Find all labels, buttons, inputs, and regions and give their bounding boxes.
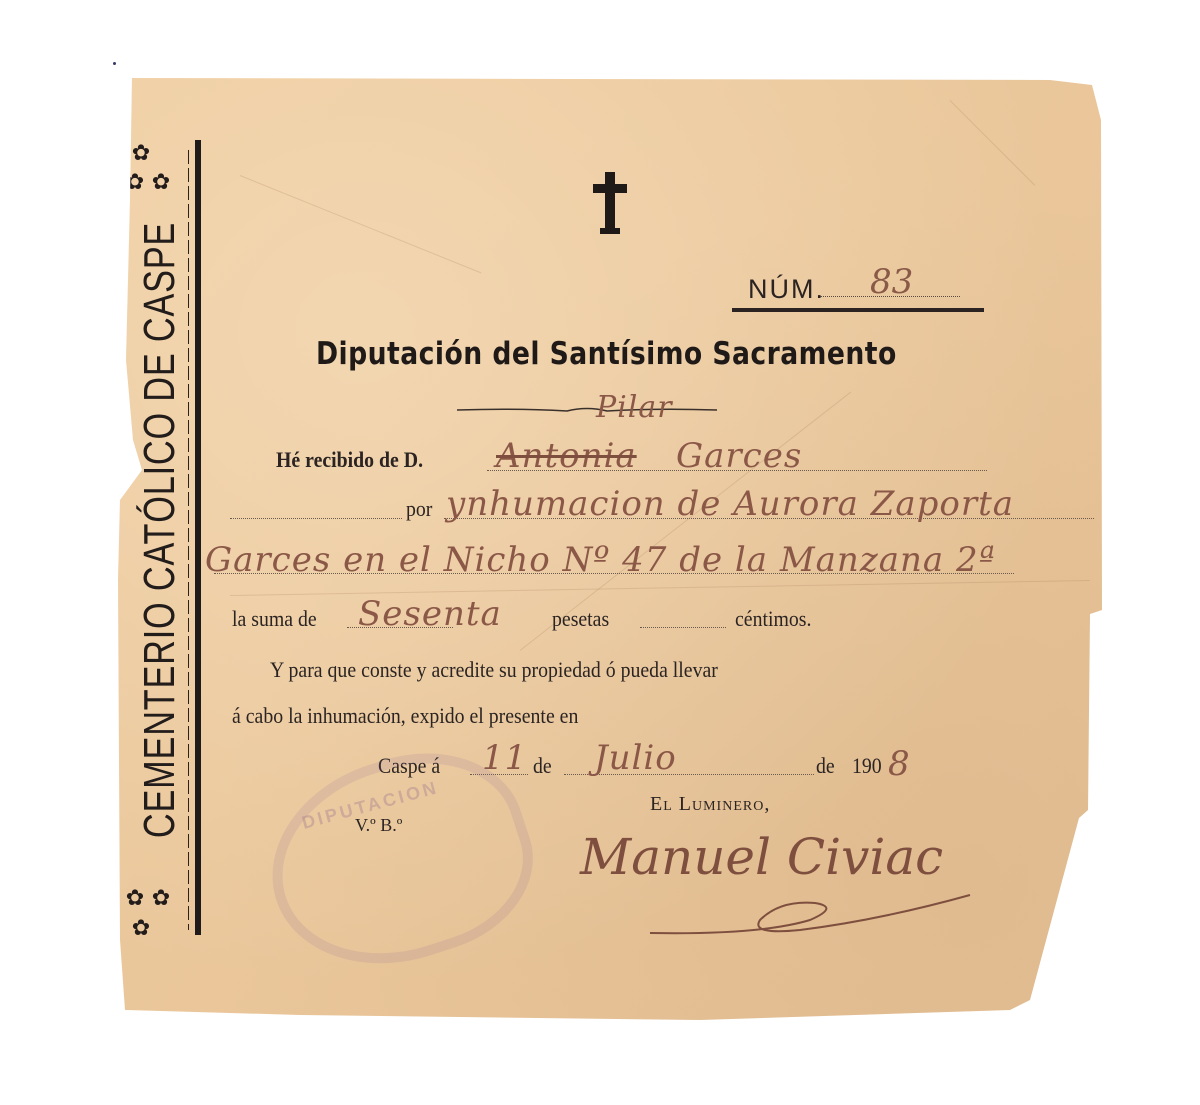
signature: Manuel Civiac <box>580 828 943 886</box>
for-dotted-line-left <box>230 518 402 519</box>
rosette-icon: ✿ <box>150 171 172 193</box>
date-de-label-2: de <box>816 753 835 779</box>
received-from-struck: Antonia <box>496 436 637 476</box>
cents-dotted-line <box>640 627 726 628</box>
for-value-line2: Garces en el Nicho Nº 47 de la Manzana 2… <box>205 540 996 580</box>
received-from-value: Garces <box>676 436 802 476</box>
receipt-number: NÚM. 83 <box>730 268 982 318</box>
body-text-line2: á cabo la inhumación, expido el presente… <box>232 703 578 729</box>
scan-speck <box>113 62 116 65</box>
ornament-rule <box>457 405 717 415</box>
for-label: por <box>406 496 432 522</box>
rosette-icon: ✿ <box>130 142 152 164</box>
number-label: NÚM. <box>748 274 825 305</box>
for-value-line1: ynhumacion de Aurora Zaporta <box>446 484 1014 524</box>
sidebar-thick-rule <box>195 140 201 935</box>
rosette-icon: ✿ <box>150 887 172 909</box>
page-title: Diputación del Santísimo Sacramento <box>316 336 832 372</box>
amount-value: Sesenta <box>358 594 502 634</box>
received-from-label: Hé recibido de D. <box>276 447 423 473</box>
body-text-line1: Y para que conste y acredite su propieda… <box>270 657 718 683</box>
date-month: Julio <box>594 738 677 778</box>
sidebar-title: CEMENTERIO CATÓLICO DE CASPE <box>135 135 185 925</box>
cents-label: céntimos. <box>735 606 811 632</box>
receipt-paper: CEMENTERIO CATÓLICO DE CASPE ✿ ✿ ✿ ✿ ✿ ✿… <box>0 0 1200 1105</box>
amount-label: la suma de <box>232 606 317 632</box>
date-year-prefix: 190 <box>852 753 882 779</box>
cross-icon <box>592 170 628 236</box>
received-from-correction: Pilar <box>596 390 673 425</box>
rosette-icon: ✿ <box>130 917 152 939</box>
rosette-icon: ✿ <box>124 171 146 193</box>
rosette-icon: ✿ <box>124 887 146 909</box>
date-de-label-1: de <box>533 753 552 779</box>
sidebar-title-text: CEMENTERIO CATÓLICO DE CASPE <box>135 222 185 838</box>
number-value: 83 <box>870 262 913 302</box>
paper-crease <box>240 175 481 273</box>
number-rule <box>732 308 984 312</box>
signature-flourish <box>640 885 980 945</box>
signer-title: El Luminero, <box>650 793 770 816</box>
currency-label: pesetas <box>552 606 609 632</box>
approval-label: V.º B.º <box>355 815 402 836</box>
sidebar-thin-rule <box>188 150 189 930</box>
date-year-suffix: 8 <box>888 744 911 784</box>
paper-crease <box>950 100 1036 186</box>
